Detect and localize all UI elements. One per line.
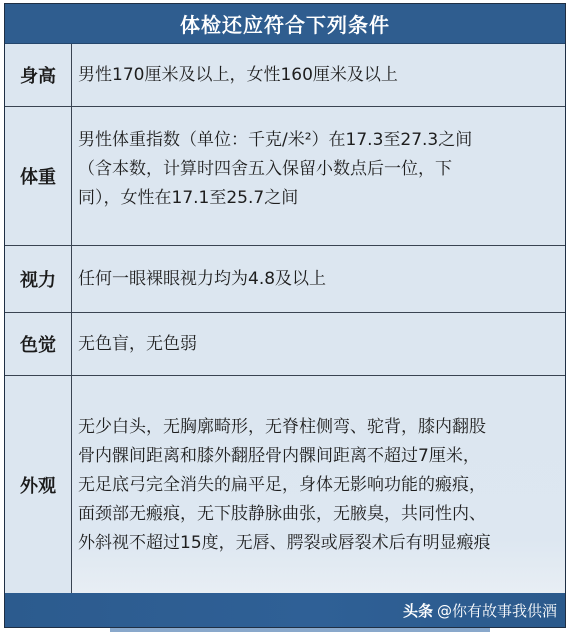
watermark-handle: @你有故事我供酒 [437,600,557,621]
conditions-table: 体检还应符合下列条件 身高 男性170厘米及以上，女性160厘米及以上 体重 男… [4,3,566,628]
row-value: 无少白头，无胸廓畸形，无脊柱侧弯、驼背，膝内翻股 骨内髁间距离和膝外翻胫骨内髁间… [72,376,565,594]
row-label: 色觉 [5,313,72,375]
row-value-line: 骨内髁间距离和膝外翻胫骨内髁间距离不超过7厘米， [78,442,491,471]
row-value-line: 无足底弓完全消失的扁平足，身体无影响功能的瘢痕， [78,471,491,500]
row-value-line: 无少白头，无胸廓畸形，无脊柱侧弯、驼背，膝内翻股 [78,413,491,442]
row-value: 男性体重指数（单位：千克/米²）在17.3至27.3之间 （含本数，计算时四舍五… [72,107,565,245]
row-value-line: 外斜视不超过15度，无唇、腭裂或唇裂术后有明显瘢痕 [78,529,491,558]
row-value: 无色盲，无色弱 [72,313,565,375]
bottom-decoration [110,628,490,632]
watermark-brand: 头条 [403,600,433,621]
row-label: 身高 [5,44,72,106]
row-label: 视力 [5,246,72,312]
row-value-line: 男性体重指数（单位：千克/米²）在17.3至27.3之间 [78,126,472,155]
watermark-band: 头条 @你有故事我供酒 [5,593,565,627]
row-value-line: 面颈部无瘢痕，无下肢静脉曲张，无腋臭，共同性内、 [78,500,491,529]
row-label: 体重 [5,107,72,245]
table-row-weight: 体重 男性体重指数（单位：千克/米²）在17.3至27.3之间 （含本数，计算时… [5,107,565,246]
table-row-color-vision: 色觉 无色盲，无色弱 [5,313,565,376]
table-row-vision: 视力 任何一眼裸眼视力均为4.8及以上 [5,246,565,313]
table-title: 体检还应符合下列条件 [180,9,390,38]
row-value: 任何一眼裸眼视力均为4.8及以上 [72,246,565,312]
row-label: 外观 [5,376,72,594]
table-row-appearance: 外观 无少白头，无胸廓畸形，无脊柱侧弯、驼背，膝内翻股 骨内髁间距离和膝外翻胫骨… [5,376,565,594]
table-header: 体检还应符合下列条件 [5,4,565,44]
row-value-line: （含本数，计算时四舍五入保留小数点后一位，下 [78,155,472,184]
row-value-line: 同），女性在17.1至25.7之间 [78,184,472,213]
row-value: 男性170厘米及以上，女性160厘米及以上 [72,44,565,106]
table-row-height: 身高 男性170厘米及以上，女性160厘米及以上 [5,44,565,107]
